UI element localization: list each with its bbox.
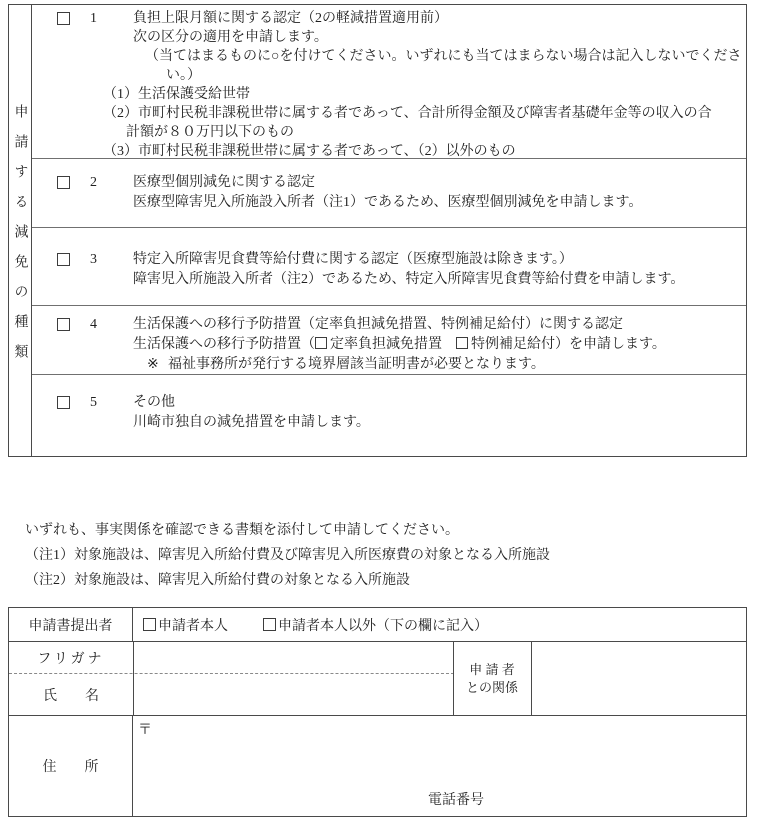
applicant-table: 申請書提出者 申請者本人 申請者本人以外（下の欄に記入） フリガナ 氏 名 申 …	[8, 607, 747, 817]
submitter-option-other-label: 申請者本人以外（下の欄に記入）	[278, 615, 488, 635]
section-5-heading: 5 その他	[32, 393, 746, 413]
exemption-sections: 1 負担上限月額に関する認定（2の軽減措置適用前） 次の区分の適用を申請します。…	[32, 5, 746, 456]
submitter-option-self-label: 申請者本人	[158, 615, 228, 635]
furigana-name-divider	[9, 673, 454, 674]
section-3-number: 3	[90, 250, 97, 270]
checkbox-fixed-rate-reduction[interactable]	[315, 337, 327, 349]
attach-instruction: いずれも、事実関係を確認できる書類を添付して申請してください。	[25, 518, 550, 543]
section-1-item-3: （3）市町村民税非課税世帯に属する者であって、（2）以外のもの	[32, 142, 746, 161]
section-3-heading: 3 特定入所障害児食費等給付費に関する認定（医療型施設は除きます。）	[32, 250, 746, 270]
exemption-application-form: 申請する減免の種類 1 負担上限月額に関する認定（2の軽減措置適用前） 次の区分…	[0, 0, 757, 819]
section-1-line: い。）	[32, 66, 746, 85]
checkbox-section-5[interactable]	[57, 396, 70, 409]
section-1-title: 負担上限月額に関する認定（2の軽減措置適用前）	[133, 11, 448, 26]
section-5-row: 5 その他 川崎市独自の減免措置を申請します。	[32, 375, 746, 456]
furigana-input-area[interactable]	[134, 642, 453, 673]
address-row: 住 所 〒 電話番号	[9, 716, 746, 816]
section-1-number: 1	[90, 9, 97, 28]
relation-label-line-1: 申 請 者	[469, 661, 515, 679]
section-4-note: ※福祉事務所が発行する境界層該当証明書が必要となります。	[32, 355, 746, 375]
section-1-item-1: （1）生活保護受給世帯	[32, 85, 746, 104]
section-4-heading: 4 生活保護への移行予防措置（定率負担減免措置、特例補足給付）に関する認定	[32, 315, 746, 335]
column-divider	[133, 642, 134, 715]
name-row: フリガナ 氏 名 申 請 者 との関係	[9, 642, 746, 716]
section-4-option-2: 特例補足給付	[471, 337, 555, 352]
section-4-body-prefix: 生活保護への移行予防措置（	[133, 337, 315, 352]
section-1-line: 次の区分の適用を申請します。	[32, 28, 746, 47]
checkbox-section-1[interactable]	[57, 12, 70, 25]
section-4-option-1: 定率負担減免措置	[330, 337, 442, 352]
section-4-title: 生活保護への移行予防措置（定率負担減免措置、特例補足給付）に関する認定	[133, 317, 623, 332]
checkbox-submitter-other[interactable]	[263, 618, 276, 631]
section-4-row: 4 生活保護への移行予防措置（定率負担減免措置、特例補足給付）に関する認定 生活…	[32, 306, 746, 375]
section-1-line: （当てはまるものに○を付けてください。いずれにも当てはまらない場合は記入しないで…	[32, 47, 746, 66]
side-label: 申請する減免の種類	[9, 104, 32, 374]
checkbox-section-3[interactable]	[57, 253, 70, 266]
notes-block: いずれも、事実関係を確認できる書類を添付して申請してください。 （注1）対象施設…	[25, 518, 550, 593]
section-4-body: 生活保護への移行予防措置（定率負担減免措置特例補足給付）を申請します。	[32, 335, 746, 355]
reference-mark: ※	[147, 355, 159, 375]
submitter-options: 申請者本人 申請者本人以外（下の欄に記入）	[133, 608, 746, 641]
section-2-title: 医療型個別減免に関する認定	[133, 175, 315, 190]
postal-mark: 〒	[138, 719, 152, 739]
section-4-number: 4	[90, 315, 97, 335]
relation-label: 申 請 者 との関係	[453, 642, 531, 715]
section-4-body-suffix: ）を申請します。	[555, 337, 666, 352]
exemption-type-table: 申請する減免の種類 1 負担上限月額に関する認定（2の軽減措置適用前） 次の区分…	[8, 4, 747, 457]
section-5-number: 5	[90, 393, 97, 413]
address-label: 住 所	[9, 716, 133, 816]
footnote-1: （注1）対象施設は、障害児入所給付費及び障害児入所医療費の対象となる入所施設	[25, 543, 550, 568]
side-label-cell: 申請する減免の種類	[9, 5, 32, 456]
section-3-body: 障害児入所施設入所者（注2）であるため、特定入所障害児食費等給付費を申請します。	[32, 270, 746, 290]
section-2-heading: 2 医療型個別減免に関する認定	[32, 173, 746, 193]
checkbox-submitter-self[interactable]	[143, 618, 156, 631]
furigana-label: フリガナ	[9, 642, 133, 673]
section-5-title: その他	[133, 395, 175, 410]
name-label: 氏 名	[9, 674, 133, 715]
name-input-area[interactable]	[134, 674, 453, 715]
section-1-item-2-cont: 計額が８０万円以下のもの	[32, 123, 746, 142]
section-4-note-text: 福祉事務所が発行する境界層該当証明書が必要となります。	[168, 357, 545, 372]
section-1-heading: 1 負担上限月額に関する認定（2の軽減措置適用前）	[32, 9, 746, 28]
section-3-row: 3 特定入所障害児食費等給付費に関する認定（医療型施設は除きます。） 障害児入所…	[32, 228, 746, 306]
relation-input-area[interactable]	[532, 642, 746, 715]
section-1-item-2: （2）市町村民税非課税世帯に属する者であって、合計所得金額及び障害者基礎年金等の…	[32, 104, 746, 123]
checkbox-section-4[interactable]	[57, 318, 70, 331]
relation-label-line-2: との関係	[466, 679, 518, 697]
submitter-label: 申請書提出者	[9, 608, 133, 641]
section-2-number: 2	[90, 173, 97, 193]
section-2-body: 医療型障害児入所施設入所者（注1）であるため、医療型個別減免を申請します。	[32, 193, 746, 213]
phone-number-label: 電話番号	[428, 789, 484, 809]
footnote-2: （注2）対象施設は、障害児入所給付費の対象となる入所施設	[25, 568, 550, 593]
section-1-row: 1 負担上限月額に関する認定（2の軽減措置適用前） 次の区分の適用を申請します。…	[32, 5, 746, 159]
section-2-row: 2 医療型個別減免に関する認定 医療型障害児入所施設入所者（注1）であるため、医…	[32, 159, 746, 228]
section-5-body: 川崎市独自の減免措置を申請します。	[32, 413, 746, 433]
checkbox-section-2[interactable]	[57, 176, 70, 189]
section-3-title: 特定入所障害児食費等給付費に関する認定（医療型施設は除きます。）	[133, 252, 573, 267]
address-input-area[interactable]: 〒 電話番号	[133, 716, 746, 816]
submitter-row: 申請書提出者 申請者本人 申請者本人以外（下の欄に記入）	[9, 608, 746, 642]
checkbox-special-supplement[interactable]	[456, 337, 468, 349]
